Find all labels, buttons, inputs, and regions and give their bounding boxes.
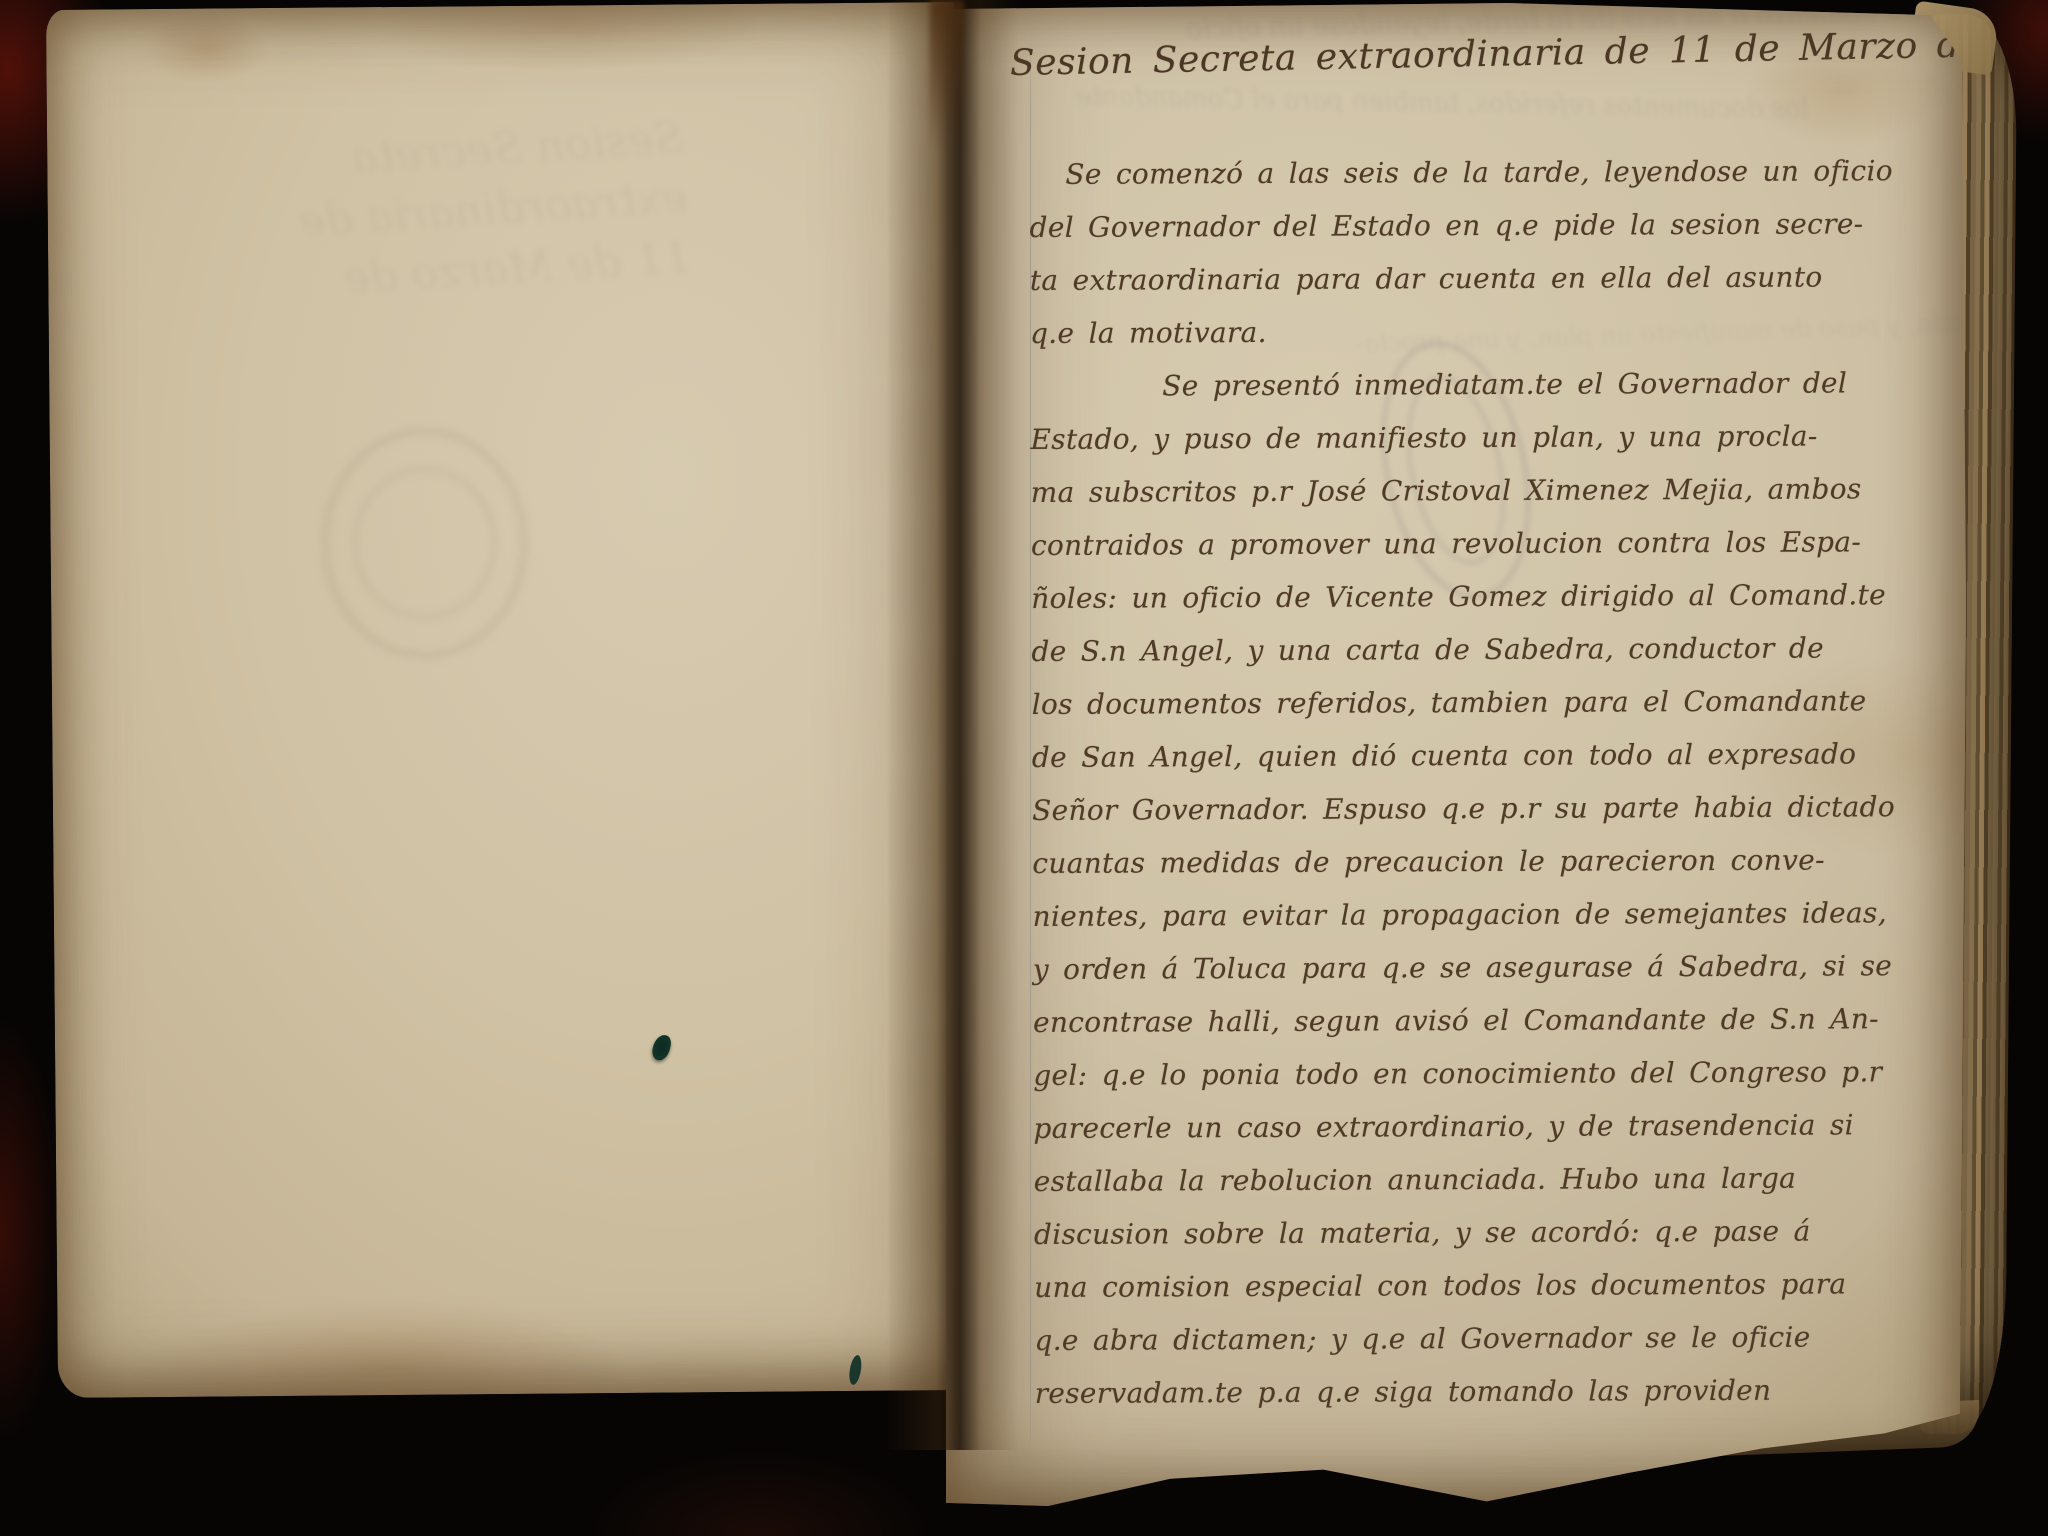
manuscript-line: y orden á Toluca para q.e se asegurase á… bbox=[1033, 939, 1938, 996]
watermark bbox=[320, 426, 530, 661]
manuscript-body: Se comenzó a las seis de la tarde, leyen… bbox=[1029, 144, 1940, 1420]
manuscript-line: Estado, y puso de manifiesto un plan, y … bbox=[1030, 409, 1935, 466]
manuscript-line: de San Angel, quien dió cuenta con todo … bbox=[1032, 727, 1937, 784]
manuscript-title: Sesion Secreta extraordinaria de 11 de M… bbox=[1010, 25, 1951, 84]
manuscript-line: estallaba la rebolucion anunciada. Hubo … bbox=[1034, 1151, 1939, 1208]
manuscript-line: los documentos referidos, tambien para e… bbox=[1032, 674, 1937, 731]
manuscript-photograph: Sesion Secreta extraordinaria de 11 de M… bbox=[0, 0, 2048, 1536]
manuscript-line: parecerle un caso extraordinario, y de t… bbox=[1033, 1098, 1938, 1155]
manuscript-line: Se comenzó a las seis de la tarde, leyen… bbox=[1029, 144, 1934, 201]
manuscript-line: nientes, para evitar la propagacion de s… bbox=[1032, 886, 1937, 943]
manuscript-line: del Governador del Estado en q.e pide la… bbox=[1029, 197, 1934, 254]
manuscript-line: ñoles: un oficio de Vicente Gomez dirigi… bbox=[1031, 568, 1936, 625]
manuscript-line: encontrase halli, segun avisó el Comanda… bbox=[1033, 992, 1938, 1049]
manuscript-line: ma subscritos p.r José Cristoval Ximenez… bbox=[1031, 462, 1936, 519]
manuscript-line: de S.n Angel, y una carta de Sabedra, co… bbox=[1031, 621, 1936, 678]
manuscript-line: cuantas medidas de precaucion le parecie… bbox=[1032, 833, 1937, 890]
manuscript-line: Se presentó inmediatam.te el Governador … bbox=[1030, 356, 1935, 413]
bleed-through-text: los documentos referidos, tambien para e… bbox=[1076, 82, 1809, 125]
manuscript-line: Señor Governador. Espuso q.e p.r su part… bbox=[1032, 780, 1937, 837]
manuscript-line: discusion sobre la materia, y se acordó:… bbox=[1034, 1204, 1939, 1261]
manuscript-line: ta extraordinaria para dar cuenta en ell… bbox=[1030, 250, 1935, 307]
bleed-through-text: Sesion Secreta extraordinaria de 11 de M… bbox=[253, 108, 693, 309]
manuscript-line: gel: q.e lo ponia todo en conocimiento d… bbox=[1033, 1045, 1938, 1102]
manuscript-line: q.e la motivara. bbox=[1030, 303, 1935, 360]
right-page: Se comenzó a las seis de la tarde, leyen… bbox=[946, 0, 1966, 1512]
manuscript-line: una comision especial con todos los docu… bbox=[1034, 1257, 1939, 1314]
ink-spot bbox=[650, 1033, 673, 1062]
left-page: Sesion Secreta extraordinaria de 11 de M… bbox=[46, 2, 966, 1398]
manuscript-line: contraidos a promover una revolucion con… bbox=[1031, 515, 1936, 572]
manuscript-line: reservadam.te p.a q.e siga tomando las p… bbox=[1035, 1363, 1940, 1420]
manuscript-line: q.e abra dictamen; y q.e al Governador s… bbox=[1034, 1310, 1939, 1367]
ink-mark bbox=[847, 1354, 863, 1385]
